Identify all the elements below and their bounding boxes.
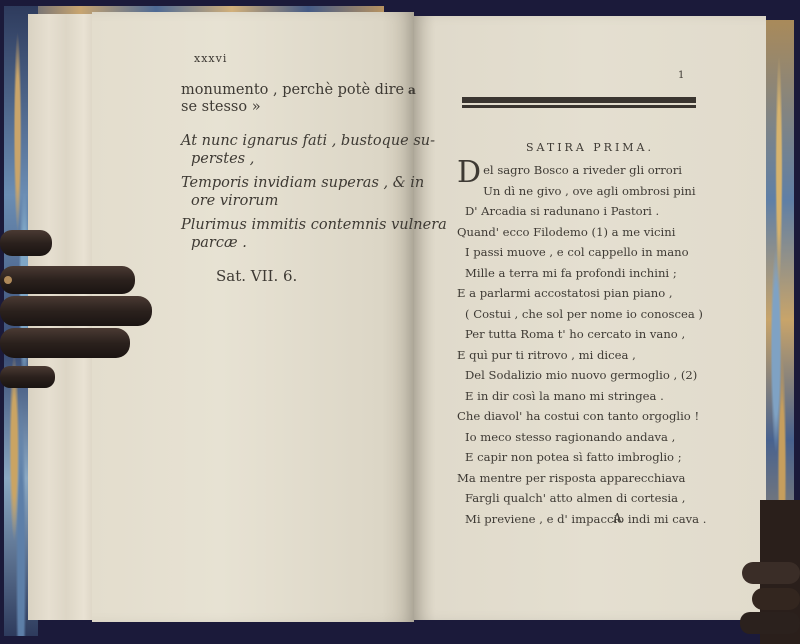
latin-verse-cont: perstes , bbox=[181, 151, 254, 168]
poem-line: Mille a terra mi fa profondi inchini ; bbox=[457, 263, 706, 284]
prose-line: monumento , perchè potè dire bbox=[181, 82, 404, 99]
poem-line: E capir non potea sì fatto imbroglio ; bbox=[457, 447, 706, 468]
poem-line: D' Arcadia si radunano i Pastori . bbox=[457, 201, 706, 222]
prose-line: se stesso » bbox=[181, 99, 261, 116]
poem-line: Del Sodalizio mio nuovo germoglio , (2) bbox=[457, 365, 706, 386]
latin-verse: At nunc ignarus fati , bustoque su- bbox=[181, 133, 435, 150]
poem-line: Che diavol' ha costui con tanto orgoglio… bbox=[457, 406, 706, 427]
poem-line: E quì pur ti ritrovo , mi dicea , bbox=[457, 345, 706, 366]
hand-weight-left-icon bbox=[0, 228, 160, 388]
poem-line: ( Costui , che sol per nome io conoscea … bbox=[457, 304, 706, 325]
latin-verse-cont: ore virorum bbox=[181, 193, 278, 210]
latin-verse: Temporis invidiam superas , & in bbox=[181, 175, 424, 192]
poem-line: Fargli qualch' atto almen di cortesia , bbox=[457, 488, 706, 509]
left-page-number: xxxvi bbox=[194, 52, 227, 65]
poem-line: Per tutta Roma t' ho cercato in vano , bbox=[457, 324, 706, 345]
poem-line: Quand' ecco Filodemo (1) a me vicini bbox=[457, 222, 706, 243]
latin-verse-cont: parcæ . bbox=[181, 235, 247, 252]
poem-line: E in dir così la mano mi stringea . bbox=[457, 386, 706, 407]
poem-line: I passi muove , e col cappello in mano bbox=[457, 242, 706, 263]
drop-cap: D bbox=[457, 163, 481, 183]
chapter-title: SATIRA PRIMA. bbox=[414, 141, 766, 154]
poem-line: Un dì ne givo , ove agli ombrosi pini bbox=[457, 181, 706, 202]
citation: Sat. VII. 6. bbox=[216, 268, 297, 285]
poem-line: E a parlarmi accostatosi pian piano , bbox=[457, 283, 706, 304]
poem: Del sagro Bosco a riveder gli orrori Un … bbox=[457, 160, 706, 529]
poem-line: Ma mentre per risposta apparecchiava bbox=[457, 468, 706, 489]
poem-line: Io meco stesso ragionando andava , bbox=[457, 427, 706, 448]
poem-line: Del sagro Bosco a riveder gli orrori bbox=[457, 160, 706, 181]
hand-weight-right-icon bbox=[740, 500, 800, 644]
poem-line: Mi previene , e d' impaccio indi mi cava… bbox=[457, 509, 706, 530]
latin-verse: Plurimus immitis contemnis vulnera bbox=[181, 217, 447, 234]
poem-line-text: el sagro Bosco a riveder gli orrori bbox=[483, 163, 682, 177]
signature-mark: A bbox=[613, 511, 622, 525]
